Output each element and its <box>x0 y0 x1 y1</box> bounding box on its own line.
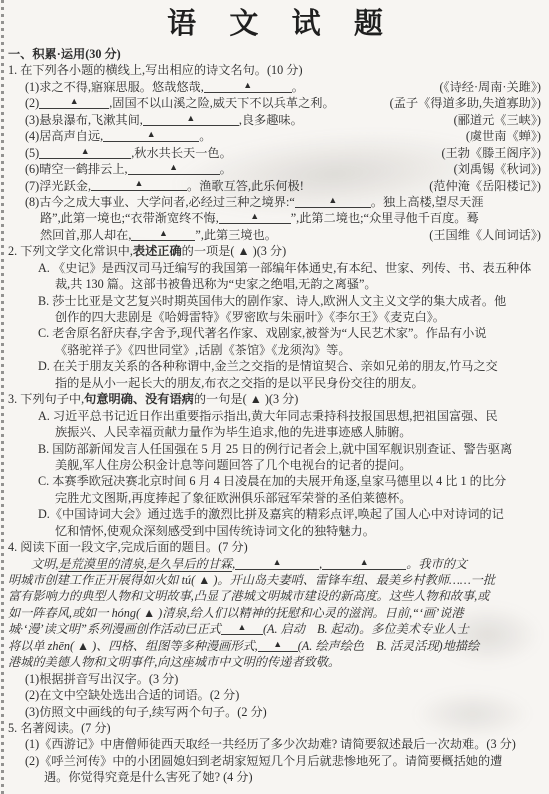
text-line: 美舰,军人住房公积金计息等问题回答了几个电视台的记者的提问。 <box>0 457 541 473</box>
text-line: 族振兴、人民幸福贡献力量作为毕生追求,他的先进事迹感人肺腑。 <box>0 424 541 440</box>
text-line: B. 国防部新闻发言人任国强在 5 月 25 日的例行记者会上,就中国军舰识别查… <box>0 441 541 457</box>
text-segment: 忆和情怀,使观众深刻感受到中国传统诗词文化的独特魅力。 <box>55 523 375 539</box>
text-segment: (1)根据拼音写出汉字。(3 分) <box>25 671 178 687</box>
text-segment: 。 <box>292 79 304 95</box>
text-segment: 表述正确 <box>133 243 182 259</box>
answer-blank: ▲ <box>258 639 298 652</box>
source-attribution: (王勃《滕王阁序》) <box>441 145 541 161</box>
text-line: (2)▲,固国不以山溪之险,威天下不以兵革之利。(孟子《得道多助,失道寡助》) <box>0 95 541 111</box>
text-segment: 2. 下列文学文化常识中, <box>8 243 133 259</box>
text-line: 然回首,那人却在,▲”,此第三境也。(王国维《人间词话》) <box>0 227 541 243</box>
text-segment: 。独上高楼,望尽天涯 <box>371 194 484 210</box>
text-line: (3)仿照文中画线的句子,续写两个句子。(2 分) <box>0 704 541 720</box>
text-line: 富有影响力的典型人物和文明故事,凸显了港城文明城市建设的新高度。这些人物和故事,… <box>0 588 541 604</box>
text-segment: 一、积累·运用(30 分) <box>8 46 121 62</box>
text-segment: 富有影响力的典型人物和文明故事,凸显了港城文明城市建设的新高度。这些人物和故事,… <box>8 588 489 604</box>
text-line: (8)古今之成大事业、大学问者,必经过三种之境界:“▲。独上高楼,望尽天涯 <box>0 194 541 210</box>
text-segment: 3. 下列句子中, <box>8 391 84 407</box>
answer-blank: ▲ <box>219 211 291 224</box>
text-line: 遇。你觉得究竟是什么害死了她? (4 分) <box>0 769 541 785</box>
text-segment: 美舰,军人住房公积金计息等问题回答了几个电视台的记者的提问。 <box>55 457 411 473</box>
text-segment: (5) <box>25 145 39 161</box>
text-segment: 4. 阅读下面一段文字,完成后面的题目。(7 分) <box>8 539 248 555</box>
text-line: 《骆驼祥子》《四世同堂》,话剧《茶馆》《龙须沟》等。 <box>0 342 541 358</box>
text-segment: C. 本赛季欧冠决赛北京时间 6 月 4 日凌晨在加的夫展开角逐,皇家马德里以 … <box>38 473 506 489</box>
text-segment: (8)古今之成大事业、大学问者,必经过三种之境界:“ <box>25 194 295 210</box>
source-attribution: (范仲淹《岳阳楼记》) <box>429 178 541 194</box>
text-line: A. 习近平总书记近日作出重要指示指出,黄大年同志秉持科技报国思想,把祖国富强、… <box>0 408 541 424</box>
text-segment: 指的是从小一起长大的朋友,布衣之交指的是以平民身份交往的朋友。 <box>55 375 424 391</box>
answer-blank: ▲ <box>131 228 195 241</box>
text-line: (6)晴空一鹤排云上,▲。(刘禹锡《秋词》) <box>0 161 541 177</box>
text-line: (3)悬泉瀑布,飞漱其间,▲,良多趣味。(郦道元《三峡》) <box>0 112 541 128</box>
text-segment: 5. 名著阅读。(7 分) <box>8 720 111 736</box>
text-segment: 完胜尤文图斯,再度捧起了象征欧洲俱乐部冠军荣誉的圣伯莱德杯。 <box>55 490 411 506</box>
text-segment: 路”,此第一境也;“衣带渐宽终不悔, <box>40 210 219 226</box>
source-attribution: (王国维《人间词话》) <box>429 227 541 243</box>
text-segment: ,良多趣味。 <box>239 112 303 128</box>
text-line: C. 本赛季欧冠决赛北京时间 6 月 4 日凌晨在加的夫展开角逐,皇家马德里以 … <box>0 473 541 489</box>
text-segment: 《骆驼祥子》《四世同堂》,话剧《茶馆》《龙须沟》等。 <box>55 342 351 358</box>
text-line: (1)根据拼音写出汉字。(3 分) <box>0 671 541 687</box>
text-segment: (7)浮光跃金, <box>25 178 91 194</box>
answer-blank: ▲ <box>204 80 292 93</box>
answer-blank: ▲ <box>103 129 199 142</box>
text-segment: (2)在文中空缺处选出合适的词语。(2 分) <box>25 687 239 703</box>
source-attribution: (郦道元《三峡》) <box>454 112 541 128</box>
exam-title: 语 文 试 题 <box>0 7 549 41</box>
answer-blank: ▲ <box>128 162 220 175</box>
text-line: (2)在文中空缺处选出合适的词语。(2 分) <box>0 687 541 703</box>
text-segment: ,秋水共长天一色。 <box>131 145 232 161</box>
text-line: 1. 在下列各小题的横线上,写出相应的诗文名句。(10 分) <box>0 62 541 78</box>
text-line: (1)《西游记》中唐僧师徒西天取经一共经历了多少次劫难? 请简要叙述最后一次劫难… <box>0 736 541 752</box>
document-body: 一、积累·运用(30 分)1. 在下列各小题的横线上,写出相应的诗文名句。(10… <box>0 46 549 786</box>
text-line: D.《中国诗词大会》通过选手的激烈比拼及嘉宾的精彩点评,唤起了国人心中对诗词的记 <box>0 506 541 522</box>
text-line: 路”,此第一境也;“衣带渐宽终不悔,▲”,此第二境也;“众里寻他千百度。蓦 <box>0 210 541 226</box>
text-segment: (1)求之不得,寤寐思服。悠哉悠哉, <box>25 79 204 95</box>
text-segment: 。 <box>199 128 211 144</box>
text-segment: 创作的四大悲剧是《哈姆雷特》《罗密欧与朱丽叶》《李尔王》《麦克白》。 <box>55 309 445 325</box>
source-attribution: (孟子《得道多助,失道寡助》) <box>390 95 541 111</box>
text-segment: B. 国防部新闻发言人任国强在 5 月 25 日的例行记者会上,就中国军舰识别查… <box>38 441 512 457</box>
text-segment: D. 在关于朋友关系的各种称谓中,金兰之交指的是情谊契合、亲如兄弟的朋友,竹马之… <box>38 358 498 374</box>
answer-blank: ▲ <box>143 113 239 126</box>
text-line: 忆和情怀,使观众深刻感受到中国传统诗词文化的独特魅力。 <box>0 523 541 539</box>
text-line: 指的是从小一起长大的朋友,布衣之交指的是以平民身份交往的朋友。 <box>0 375 541 391</box>
text-segment: A. 习近平总书记近日作出重要指示指出,黄大年同志秉持科技报国思想,把祖国富强、… <box>38 408 498 424</box>
text-segment: 然回首,那人却在, <box>40 227 131 243</box>
text-line: (4)居高声自远,▲。(虞世南《蝉》) <box>0 128 541 144</box>
text-segment: ,固国不以山溪之险,威天下不以兵革之利。 <box>109 95 334 111</box>
text-segment: (2)《呼兰河传》中的小团圆媳妇到老胡家短短几个月后就悲惨地死了。请简要概括她的… <box>25 753 502 769</box>
text-line: 5. 名著阅读。(7 分) <box>0 720 541 736</box>
text-line: 城·‘漫’读文明”系列漫画创作活动已正式▲(A. 启动 B. 起动)。多位美术专… <box>0 621 541 637</box>
text-line: 一、积累·运用(30 分) <box>0 46 541 62</box>
text-line: D. 在关于朋友关系的各种称谓中,金兰之交指的是情谊契合、亲如兄弟的朋友,竹马之… <box>0 358 541 374</box>
text-line: 4. 阅读下面一段文字,完成后面的题目。(7 分) <box>0 539 541 555</box>
text-segment: 如一阵春风,或如一 hóng( ▲ )清泉,给人们以精神的抚慰和心灵的滋润。日前… <box>8 605 464 621</box>
source-attribution: (刘禹锡《秋词》) <box>454 161 541 177</box>
text-line: 将以单 zhēn( ▲ )、四格、组图等多种漫画形式,▲(A. 绘声绘色 B. … <box>0 638 541 654</box>
text-segment: (3)仿照文中画线的句子,续写两个句子。(2 分) <box>25 704 267 720</box>
answer-blank: ▲ <box>322 557 406 570</box>
text-segment: 是荒漠里的清泉 <box>58 556 143 572</box>
text-segment: 是久旱后的甘霖 <box>147 556 232 572</box>
text-segment: C. 老舍原名舒庆春,字舍予,现代著名作家、戏剧家,被誉为“人民艺术家”。作品有… <box>38 325 487 341</box>
answer-blank: ▲ <box>39 146 131 159</box>
text-line: (2)《呼兰河传》中的小团圆媳妇到老胡家短短几个月后就悲惨地死了。请简要概括她的… <box>0 753 541 769</box>
answer-blank: ▲ <box>91 178 187 191</box>
text-line: C. 老舍原名舒庆春,字舍予,现代著名作家、戏剧家,被誉为“人民艺术家”。作品有… <box>0 325 541 341</box>
text-segment: (6)晴空一鹤排云上, <box>25 161 128 177</box>
text-segment: 的一项是( ▲ )(3 分) <box>182 243 286 259</box>
text-segment: 1. 在下列各小题的横线上,写出相应的诗文名句。(10 分) <box>8 62 303 78</box>
text-segment: D.《中国诗词大会》通过选手的激烈比拼及嘉宾的精彩点评,唤起了国人心中对诗词的记 <box>38 506 504 522</box>
text-segment: A. 《史记》是西汉司马迁编写的我国第一部编年体通史,有本纪、世家、列传、书、表… <box>38 260 531 276</box>
answer-blank: ▲ <box>235 557 319 570</box>
text-segment: 城·‘漫’读文明”系列漫画创作活动已正式 <box>8 621 221 637</box>
text-segment: ”,此第三境也。 <box>195 227 277 243</box>
text-line: 3. 下列句子中,句意明确、没有语病的一句是( ▲ )(3 分) <box>0 391 541 407</box>
text-segment: (A. 启动 B. 起动)。多位美术专业人士 <box>263 621 469 637</box>
answer-blank: ▲ <box>221 622 263 635</box>
text-segment: ”,此第二境也;“众里寻他千百度。蓦 <box>291 210 479 226</box>
text-segment: 族振兴、人民幸福贡献力量作为毕生追求,他的先进事迹感人肺腑。 <box>55 424 411 440</box>
text-segment: 明城市创建工作正开展得如火如 tú( ▲ )。开山岛夫妻哨、雷锋车组、最美乡村教… <box>8 572 495 588</box>
text-segment: B. 莎士比亚是文艺复兴时期英国伟大的剧作家、诗人,欧洲人文主义文学的集大成者。… <box>38 293 506 309</box>
source-attribution: (《诗经·周南·关雎》) <box>439 79 541 95</box>
text-line: (5)▲,秋水共长天一色。(王勃《滕王阁序》) <box>0 145 541 161</box>
text-line: B. 莎士比亚是文艺复兴时期英国伟大的剧作家、诗人,欧洲人文主义文学的集大成者。… <box>0 293 541 309</box>
text-line: 裁,共 130 篇。这部书被鲁迅称为“史家之绝唱,无韵之离骚”。 <box>0 276 541 292</box>
text-line: A. 《史记》是西汉司马迁编写的我国第一部编年体通史,有本纪、世家、列传、书、表… <box>0 260 541 276</box>
text-segment: 。 <box>220 161 232 177</box>
text-segment: 港城的美德人物和文明事件,向这座城市中文明的传递者致敬。 <box>8 654 340 670</box>
source-attribution: (虞世南《蝉》) <box>466 128 541 144</box>
text-segment: (3)悬泉瀑布,飞漱其间, <box>25 112 143 128</box>
exam-paper: { "meta": { "answer_marker": "▲", "paper… <box>0 0 549 794</box>
text-line: 明城市创建工作正开展得如火如 tú( ▲ )。开山岛夫妻哨、雷锋车组、最美乡村教… <box>0 572 541 588</box>
text-segment: 裁,共 130 篇。这部书被鲁迅称为“史家之绝唱,无韵之离骚”。 <box>55 276 377 292</box>
text-segment: (A. 绘声绘色 B. 活灵活现)地描绘 <box>298 638 479 654</box>
page-container: 语 文 试 题 一、积累·运用(30 分)1. 在下列各小题的横线上,写出相应的… <box>0 0 549 794</box>
text-line: 创作的四大悲剧是《哈姆雷特》《罗密欧与朱丽叶》《李尔王》《麦克白》。 <box>0 309 541 325</box>
text-segment: 。我市的文 <box>406 556 467 572</box>
text-segment: 的一句是( ▲ )(3 分) <box>194 391 298 407</box>
text-line: 如一阵春风,或如一 hóng( ▲ )清泉,给人们以精神的抚慰和心灵的滋润。日前… <box>0 605 541 621</box>
text-segment: 将以单 zhēn( ▲ )、四格、组图等多种漫画形式, <box>8 638 258 654</box>
text-line: 文明,是荒漠里的清泉,是久旱后的甘霖,▲,▲。我市的文 <box>0 556 541 572</box>
text-segment: 文明, <box>31 556 58 572</box>
text-line: 港城的美德人物和文明事件,向这座城市中文明的传递者致敬。 <box>0 654 541 670</box>
answer-blank: ▲ <box>295 195 371 208</box>
text-segment: (2) <box>25 95 39 111</box>
text-line: (1)求之不得,寤寐思服。悠哉悠哉,▲。(《诗经·周南·关雎》) <box>0 79 541 95</box>
text-line: 2. 下列文学文化常识中,表述正确的一项是( ▲ )(3 分) <box>0 243 541 259</box>
text-segment: (1)《西游记》中唐僧师徒西天取经一共经历了多少次劫难? 请简要叙述最后一次劫难… <box>25 736 516 752</box>
text-segment: 遇。你觉得究竟是什么害死了她? (4 分) <box>44 769 253 785</box>
text-segment: 。渔歌互答,此乐何极! <box>187 178 304 194</box>
answer-blank: ▲ <box>39 96 109 109</box>
text-line: 完胜尤文图斯,再度捧起了象征欧洲俱乐部冠军荣誉的圣伯莱德杯。 <box>0 490 541 506</box>
text-segment: 句意明确、没有语病 <box>84 391 194 407</box>
text-segment: (4)居高声自远, <box>25 128 103 144</box>
text-line: (7)浮光跃金,▲。渔歌互答,此乐何极!(范仲淹《岳阳楼记》) <box>0 178 541 194</box>
